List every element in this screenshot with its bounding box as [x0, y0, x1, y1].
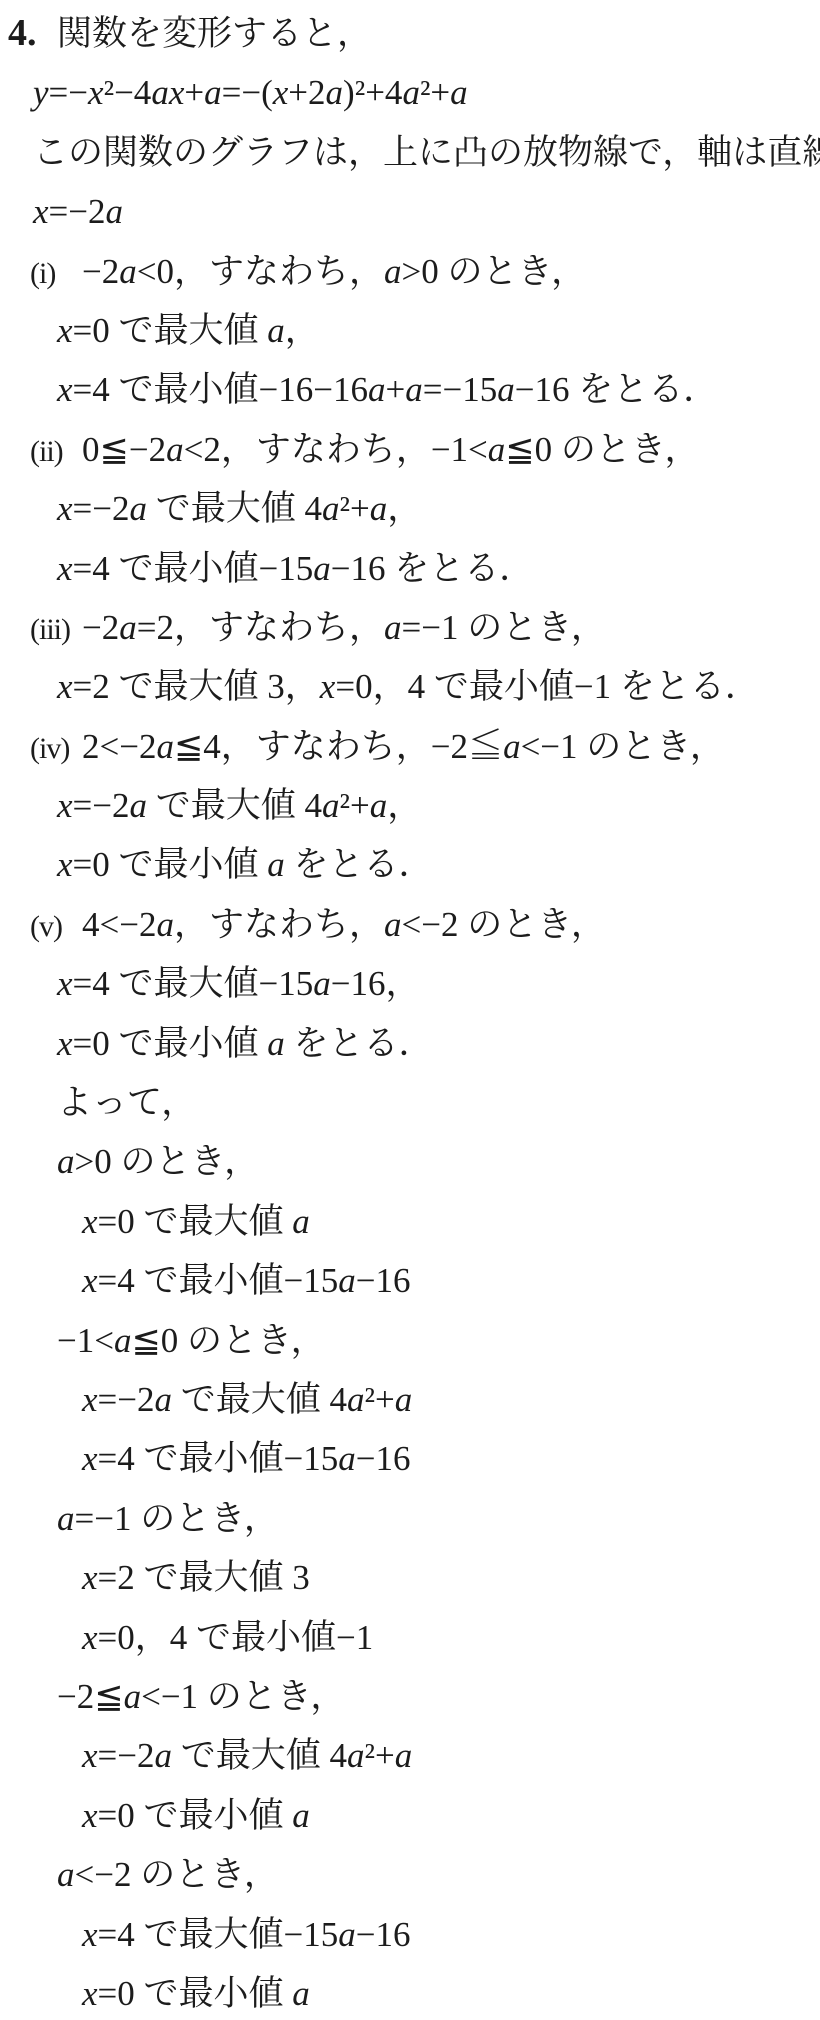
- math-variable: x: [57, 667, 73, 706]
- text-run: −16: [356, 1915, 411, 1954]
- text-run: >0 のとき，: [75, 1142, 260, 1181]
- math-variable: a: [156, 905, 174, 944]
- text-run: −16: [356, 1261, 411, 1300]
- math-variable: a: [370, 489, 388, 528]
- text-run: <−2 のとき，: [402, 905, 606, 944]
- text-run: をとる．: [285, 845, 434, 884]
- text-run: ，: [285, 311, 320, 350]
- problem-number: 4.: [8, 4, 57, 63]
- text-run: <−1 のとき，: [141, 1677, 345, 1716]
- math-variable: x: [82, 1796, 98, 1835]
- math-variable: x: [82, 1261, 98, 1300]
- text-run: =2 で最大値 3，: [73, 667, 320, 706]
- text-run: −16: [356, 1439, 411, 1478]
- solution-line: x=0 で最小値 a: [0, 1964, 820, 2020]
- text-run: =2 で最大値 3: [98, 1558, 310, 1597]
- text-run: =0 で最大値: [73, 311, 268, 350]
- text-run: 関数を変形すると，: [57, 14, 372, 53]
- math-variable: a: [384, 252, 402, 291]
- solution-line: x=−2a で最大値 4a²+a，: [0, 776, 820, 835]
- math-variable: x: [82, 1915, 98, 1954]
- math-variable: a: [395, 1736, 413, 1775]
- item-marker: (ii): [30, 422, 82, 481]
- text-run: ²+: [365, 1736, 395, 1775]
- text-run: をとる．: [285, 1024, 434, 1063]
- math-variable: x: [57, 489, 73, 528]
- solution-line: −1<a≦0 のとき，: [0, 1311, 820, 1370]
- solution-line: a=−1 のとき，: [0, 1489, 820, 1548]
- math-variable: a: [57, 1499, 75, 1538]
- math-variable: x: [273, 73, 289, 112]
- math-variable: a: [338, 1439, 356, 1478]
- math-variable: a: [130, 489, 148, 528]
- solution-line: (iv)2<−2a≦4，すなわち，−2≦a<−1 のとき，: [0, 717, 820, 776]
- math-variable: a: [151, 73, 169, 112]
- text-run: =4 で最小値−15: [98, 1261, 339, 1300]
- text-run: =0 で最大値: [98, 1202, 293, 1241]
- math-variable: x: [82, 1380, 98, 1419]
- text-run: =0，4 で最小値−1: [98, 1618, 374, 1657]
- math-variable: a: [267, 845, 285, 884]
- math-variable: a: [204, 73, 222, 112]
- math-variable: x: [57, 786, 73, 825]
- math-variable: a: [156, 727, 174, 766]
- solution-line: x=−2a で最大値 4a²+a，: [0, 479, 820, 538]
- solution-line: a<−2 のとき，: [0, 1845, 820, 1904]
- math-variable: a: [57, 1855, 75, 1894]
- solution-line: x=4 で最大値−15a−16，: [0, 954, 820, 1013]
- math-variable: x: [82, 1974, 98, 2013]
- solution-line: x=2 で最大値 3: [0, 1548, 820, 1607]
- math-variable: a: [395, 1380, 413, 1419]
- math-variable: a: [155, 1736, 173, 1775]
- math-variable: x: [57, 845, 73, 884]
- text-run: +: [184, 73, 204, 112]
- solution-line: x=4 で最小値−15a−16: [0, 1251, 820, 1310]
- math-variable: a: [405, 370, 423, 409]
- item-marker: (iii): [30, 600, 82, 659]
- math-variable: x: [320, 667, 336, 706]
- math-variable: x: [57, 311, 73, 350]
- text-run: =−15: [423, 370, 497, 409]
- text-run: 2<−2: [82, 727, 156, 766]
- math-variable: x: [82, 1558, 98, 1597]
- text-run: =4 で最大値−15: [73, 964, 314, 1003]
- text-run: ²+: [365, 1380, 395, 1419]
- math-variable: a: [57, 1142, 75, 1181]
- math-variable: x: [57, 1024, 73, 1063]
- solution-line: (i)−2a<0，すなわち，a>0 のとき，: [0, 242, 820, 301]
- text-run: =0，4 で最小値−1 をとる．: [335, 667, 759, 706]
- text-run: =4 で最小値−16−16: [73, 370, 368, 409]
- text-run: =−2: [73, 489, 130, 528]
- solution-line: x=0 で最小値 a: [0, 1786, 820, 1845]
- text-run: +2: [288, 73, 325, 112]
- solution-line: x=4 で最小値−15a−16 をとる．: [0, 539, 820, 598]
- text-run: −1<: [57, 1321, 114, 1360]
- solution-line: x=0 で最小値 a をとる．: [0, 835, 820, 894]
- math-variable: a: [155, 1380, 173, 1419]
- solution-line: x=4 で最小値−16−16a+a=−15a−16 をとる．: [0, 360, 820, 419]
- text-run: よって，: [57, 1083, 196, 1122]
- solution-line: x=2 で最大値 3，x=0，4 で最小値−1 をとる．: [0, 657, 820, 716]
- solution-line: (v)4<−2a，すなわち，a<−2 のとき，: [0, 895, 820, 954]
- solution-line: x=4 で最小値−15a−16: [0, 1429, 820, 1488]
- math-variable: a: [119, 608, 137, 647]
- solution-line: x=0 で最大値 a: [0, 1192, 820, 1251]
- solution-line: x=0 で最小値 a をとる．: [0, 1014, 820, 1073]
- text-run: =−1 のとき，: [75, 1499, 279, 1538]
- solution-document: 4.関数を変形すると，y=−x²−4ax+a=−(x+2a)²+4a²+aこの関…: [0, 0, 820, 2020]
- math-variable: x: [82, 1618, 98, 1657]
- text-run: ≦0 のとき，: [131, 1321, 325, 1360]
- text-run: )²+4: [343, 73, 402, 112]
- math-variable: a: [267, 1024, 285, 1063]
- solution-line: x=−2a で最大値 4a²+a: [0, 1726, 820, 1785]
- math-variable: a: [503, 727, 521, 766]
- text-run: =−1 のとき，: [402, 608, 606, 647]
- text-run: ≦0 のとき，: [505, 430, 699, 469]
- math-variable: a: [114, 1321, 132, 1360]
- text-run: =−(: [222, 73, 273, 112]
- math-variable: x: [82, 1736, 98, 1775]
- text-run: この関数のグラフは，上に凸の放物線で，軸は直線: [33, 133, 820, 172]
- math-variable: a: [368, 370, 386, 409]
- math-variable: x: [82, 1439, 98, 1478]
- solution-line: この関数のグラフは，上に凸の放物線で，軸は直線: [0, 123, 820, 182]
- text-run: ²+: [420, 73, 450, 112]
- text-run: =−2: [49, 192, 106, 231]
- problem-line: 4.関数を変形すると，: [0, 4, 820, 63]
- math-variable: a: [402, 73, 420, 112]
- math-variable: x: [169, 73, 185, 112]
- math-variable: a: [322, 786, 340, 825]
- math-variable: a: [313, 549, 331, 588]
- math-variable: a: [166, 430, 184, 469]
- solution-line: よって，: [0, 1073, 820, 1132]
- math-variable: a: [267, 311, 285, 350]
- math-variable: x: [57, 370, 73, 409]
- text-run: 0≦−2: [82, 430, 166, 469]
- math-variable: a: [497, 370, 515, 409]
- text-run: =0 で最小値: [98, 1796, 293, 1835]
- text-run: −2: [82, 608, 119, 647]
- math-variable: a: [347, 1380, 365, 1419]
- math-variable: a: [347, 1736, 365, 1775]
- math-variable: x: [57, 964, 73, 1003]
- math-variable: a: [292, 1974, 310, 2013]
- text-run: −16 をとる．: [515, 370, 719, 409]
- math-variable: x: [88, 73, 104, 112]
- text-run: −16 をとる．: [331, 549, 535, 588]
- text-run: で最大値 4: [172, 1736, 347, 1775]
- solution-line: (iii)−2a=2，すなわち，a=−1 のとき，: [0, 598, 820, 657]
- text-run: =4 で最小値−15: [98, 1439, 339, 1478]
- solution-line: x=−2a: [0, 182, 820, 241]
- text-run: ²+: [340, 489, 370, 528]
- math-variable: a: [326, 73, 344, 112]
- item-marker: (iv): [30, 719, 82, 778]
- text-run: =−2: [98, 1736, 155, 1775]
- math-variable: x: [33, 192, 49, 231]
- text-run: で最大値 4: [147, 786, 322, 825]
- math-variable: a: [322, 489, 340, 528]
- solution-line: x=4 で最大値−15a−16: [0, 1905, 820, 1964]
- text-run: =4 で最大値−15: [98, 1915, 339, 1954]
- text-run: =0 で最小値: [73, 845, 268, 884]
- math-variable: a: [370, 786, 388, 825]
- math-variable: a: [130, 786, 148, 825]
- math-variable: x: [57, 549, 73, 588]
- text-run: −2: [82, 252, 119, 291]
- math-variable: a: [338, 1261, 356, 1300]
- math-variable: a: [384, 905, 402, 944]
- item-marker: (v): [30, 897, 82, 956]
- math-variable: a: [384, 608, 402, 647]
- solution-line: (ii)0≦−2a<2，すなわち，−1<a≦0 のとき，: [0, 420, 820, 479]
- solution-line: a>0 のとき，: [0, 1132, 820, 1191]
- text-run: ≦4，すなわち，−2≦: [174, 727, 503, 766]
- math-variable: y: [33, 73, 49, 112]
- math-variable: x: [82, 1202, 98, 1241]
- math-variable: a: [106, 192, 124, 231]
- text-run: =−: [49, 73, 88, 112]
- text-run: ，すなわち，: [174, 905, 384, 944]
- text-run: で最大値 4: [147, 489, 322, 528]
- solution-line: x=−2a で最大値 4a²+a: [0, 1370, 820, 1429]
- text-run: ²−4: [104, 73, 152, 112]
- text-run: <2，すなわち，−1<: [184, 430, 488, 469]
- text-run: で最大値 4: [172, 1380, 347, 1419]
- text-run: =0 で最小値: [98, 1974, 293, 2013]
- math-variable: a: [450, 73, 468, 112]
- text-run: <−1 のとき，: [521, 727, 725, 766]
- math-variable: a: [488, 430, 506, 469]
- text-run: +: [386, 370, 406, 409]
- text-run: ，: [387, 489, 422, 528]
- text-run: 4<−2: [82, 905, 156, 944]
- text-run: =−2: [98, 1380, 155, 1419]
- math-variable: a: [124, 1677, 142, 1716]
- text-run: −16，: [331, 964, 421, 1003]
- item-marker: (i): [30, 244, 82, 303]
- math-variable: a: [119, 252, 137, 291]
- text-run: =0 で最小値: [73, 1024, 268, 1063]
- text-run: =2，すなわち，: [137, 608, 384, 647]
- text-run: −2≦: [57, 1677, 124, 1716]
- text-run: ，: [387, 786, 422, 825]
- math-variable: a: [292, 1202, 310, 1241]
- solution-line: −2≦a<−1 のとき，: [0, 1667, 820, 1726]
- text-run: >0 のとき，: [402, 252, 587, 291]
- text-run: =4 で最小値−15: [73, 549, 314, 588]
- solution-line: y=−x²−4ax+a=−(x+2a)²+4a²+a: [0, 63, 820, 122]
- text-run: ²+: [340, 786, 370, 825]
- math-variable: a: [338, 1915, 356, 1954]
- math-variable: a: [313, 964, 331, 1003]
- text-run: <0，すなわち，: [137, 252, 384, 291]
- text-run: =−2: [73, 786, 130, 825]
- solution-line: x=0 で最大値 a，: [0, 301, 820, 360]
- text-run: <−2 のとき，: [75, 1855, 279, 1894]
- solution-line: x=0，4 で最小値−1: [0, 1608, 820, 1667]
- math-variable: a: [292, 1796, 310, 1835]
